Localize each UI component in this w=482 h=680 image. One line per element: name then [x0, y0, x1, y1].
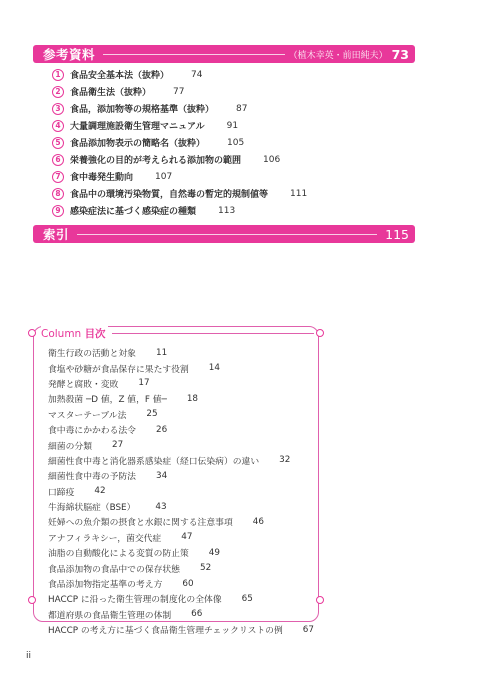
column-item-label: 牛海綿状脳症（BSE） [48, 500, 135, 513]
column-item[interactable]: 細菌の分類27 [48, 437, 314, 452]
column-item-page: 18 [187, 394, 198, 404]
column-item[interactable]: マスターテーブル法25 [48, 407, 314, 422]
ring-ornament-icon [316, 329, 324, 337]
column-toc-title: Column 目次 [41, 326, 108, 341]
column-item-page: 27 [112, 440, 123, 450]
column-title-jp: 目次 [85, 328, 106, 340]
appendix-item-label: 大量調理施設衛生管理マニュアル [70, 119, 205, 132]
column-item-label: 発酵と腐敗・変敗 [48, 377, 118, 390]
appendix-item[interactable]: 8食品中の環境汚染物質，自然毒の暫定的規制値等111 [52, 185, 307, 202]
ring-ornament-icon [28, 329, 36, 337]
column-item-page: 65 [242, 594, 253, 604]
appendix-item[interactable]: 9感染症法に基づく感染症の種類113 [52, 202, 307, 219]
column-item-label: 妊婦への魚介類の摂食と水銀に関する注意事項 [48, 515, 233, 528]
column-item-label: 食品添加物指定基準の考え方 [48, 577, 162, 590]
index-page-number: 115 [385, 227, 409, 242]
column-item-page: 17 [138, 378, 149, 388]
circled-number-icon: 5 [52, 137, 64, 149]
column-item[interactable]: 牛海綿状脳症（BSE）43 [48, 499, 314, 514]
header-rule [77, 234, 377, 235]
appendix-item[interactable]: 2食品衛生法（抜粋）77 [52, 83, 307, 100]
column-item[interactable]: 食品添加物の食品中での保存状態52 [48, 560, 314, 575]
column-item-page: 26 [156, 425, 167, 435]
appendix-list: 1食品安全基本法（抜粋）74 2食品衛生法（抜粋）77 3食品，添加物等の規格基… [52, 66, 307, 219]
header-rule [112, 333, 314, 334]
appendix-item-label: 感染症法に基づく感染症の種類 [70, 204, 196, 217]
column-item[interactable]: アナフィラキシー，菌交代症47 [48, 530, 314, 545]
appendix-item-page: 113 [218, 206, 235, 216]
column-item-page: 32 [279, 455, 290, 465]
column-item-label: 口蹄疫 [48, 485, 74, 498]
column-item-page: 11 [156, 348, 167, 358]
column-item-label: 加熱殺菌 ─D 値，Z 値，F 値─ [48, 392, 167, 405]
column-item-label: 衛生行政の活動と対象 [48, 346, 136, 359]
circled-number-icon: 7 [52, 171, 64, 183]
appendix-item-page: 107 [155, 172, 172, 182]
appendix-item-label: 栄養強化の目的が考えられる添加物の範囲 [70, 153, 241, 166]
appendix-page-number: 73 [392, 47, 409, 62]
appendix-item-page: 74 [191, 70, 202, 80]
column-item-label: HACCP の考え方に基づく食品衛生管理チェックリストの例 [48, 623, 283, 636]
column-item-page: 49 [209, 548, 220, 558]
column-item-label: 食中毒にかかわる法令 [48, 423, 136, 436]
column-item-page: 47 [181, 532, 192, 542]
column-item-page: 43 [155, 502, 166, 512]
appendix-item-page: 91 [227, 121, 238, 131]
circled-number-icon: 3 [52, 103, 64, 115]
column-item[interactable]: HACCP に沿った衛生管理の制度化の全体像65 [48, 591, 314, 606]
column-item[interactable]: HACCP の考え方に基づく食品衛生管理チェックリストの例67 [48, 622, 314, 637]
column-item-label: 細菌性食中毒と消化器系感染症（経口伝染病）の違い [48, 454, 259, 467]
circled-number-icon: 6 [52, 154, 64, 166]
column-item-page: 34 [156, 471, 167, 481]
circled-number-icon: 9 [52, 205, 64, 217]
column-item[interactable]: 妊婦への魚介類の摂食と水銀に関する注意事項46 [48, 514, 314, 529]
appendix-item-label: 食品，添加物等の規格基準（抜粋） [70, 102, 214, 115]
column-item[interactable]: 衛生行政の活動と対象11 [48, 345, 314, 360]
appendix-item-page: 105 [227, 138, 244, 148]
column-toc-header: Column 目次 [28, 326, 324, 340]
circled-number-icon: 4 [52, 120, 64, 132]
appendix-item-label: 食品安全基本法（抜粋） [70, 68, 169, 81]
appendix-item-label: 食中毒発生動向 [70, 170, 133, 183]
appendix-item-label: 食品中の環境汚染物質，自然毒の暫定的規制値等 [70, 187, 268, 200]
appendix-authors: （植木幸英・前田純夫） [289, 48, 388, 61]
appendix-item-page: 111 [290, 189, 307, 199]
appendix-item[interactable]: 7食中毒発生動向107 [52, 168, 307, 185]
column-item[interactable]: 油脂の自動酸化による変質の防止策49 [48, 545, 314, 560]
column-item[interactable]: 細菌性食中毒の予防法34 [48, 468, 314, 483]
circled-number-icon: 2 [52, 86, 64, 98]
column-item[interactable]: 食中毒にかかわる法令26 [48, 422, 314, 437]
index-title: 索引 [43, 225, 69, 243]
appendix-item-page: 77 [173, 87, 184, 97]
appendix-item[interactable]: 3食品，添加物等の規格基準（抜粋）87 [52, 100, 307, 117]
appendix-item[interactable]: 4大量調理施設衛生管理マニュアル91 [52, 117, 307, 134]
column-toc-list: 衛生行政の活動と対象11 食塩や砂糖が食品保存に果たす役割14 発酵と腐敗・変敗… [48, 345, 314, 637]
header-rule [103, 54, 285, 55]
column-item[interactable]: 食品添加物指定基準の考え方60 [48, 576, 314, 591]
column-item[interactable]: 加熱殺菌 ─D 値，Z 値，F 値─18 [48, 391, 314, 406]
column-item-label: マスターテーブル法 [48, 408, 126, 421]
page-folio: ii [26, 651, 31, 661]
column-item-label: 食品添加物の食品中での保存状態 [48, 562, 180, 575]
circled-number-icon: 1 [52, 69, 64, 81]
appendix-item-page: 87 [236, 104, 247, 114]
column-item-label: HACCP に沿った衛生管理の制度化の全体像 [48, 592, 222, 605]
circled-number-icon: 8 [52, 188, 64, 200]
column-item-page: 52 [200, 563, 211, 573]
column-item-page: 67 [303, 625, 314, 635]
column-item-label: 都道府県の食品衛生管理の体制 [48, 608, 171, 621]
column-item[interactable]: 細菌性食中毒と消化器系感染症（経口伝染病）の違い32 [48, 453, 314, 468]
appendix-item-label: 食品添加物表示の簡略名（抜粋） [70, 136, 205, 149]
column-item-page: 60 [182, 579, 193, 589]
column-item[interactable]: 都道府県の食品衛生管理の体制66 [48, 607, 314, 622]
appendix-item[interactable]: 6栄養強化の目的が考えられる添加物の範囲106 [52, 151, 307, 168]
column-item-page: 42 [94, 486, 105, 496]
column-item-page: 46 [253, 517, 264, 527]
column-item-page: 66 [191, 609, 202, 619]
appendix-item[interactable]: 1食品安全基本法（抜粋）74 [52, 66, 307, 83]
appendix-section-header: 参考資料 （植木幸英・前田純夫） 73 [33, 45, 415, 63]
column-item[interactable]: 食塩や砂糖が食品保存に果たす役割14 [48, 360, 314, 375]
column-item-page: 25 [146, 409, 157, 419]
column-item-label: 細菌性食中毒の予防法 [48, 469, 136, 482]
column-item-label: 食塩や砂糖が食品保存に果たす役割 [48, 362, 189, 375]
column-item[interactable]: 口蹄疫42 [48, 484, 314, 499]
column-item-label: 細菌の分類 [48, 439, 92, 452]
appendix-title: 参考資料 [43, 45, 95, 63]
column-title-latin: Column [41, 328, 81, 340]
appendix-item[interactable]: 5食品添加物表示の簡略名（抜粋）105 [52, 134, 307, 151]
appendix-item-label: 食品衛生法（抜粋） [70, 85, 151, 98]
index-section-header[interactable]: 索引 115 [33, 225, 415, 243]
appendix-item-page: 106 [263, 155, 280, 165]
column-item-label: 油脂の自動酸化による変質の防止策 [48, 546, 189, 559]
column-item[interactable]: 発酵と腐敗・変敗17 [48, 376, 314, 391]
column-item-page: 14 [209, 363, 220, 373]
column-item-label: アナフィラキシー，菌交代症 [48, 531, 161, 544]
ring-ornament-icon [316, 596, 324, 604]
ring-ornament-icon [28, 596, 36, 604]
